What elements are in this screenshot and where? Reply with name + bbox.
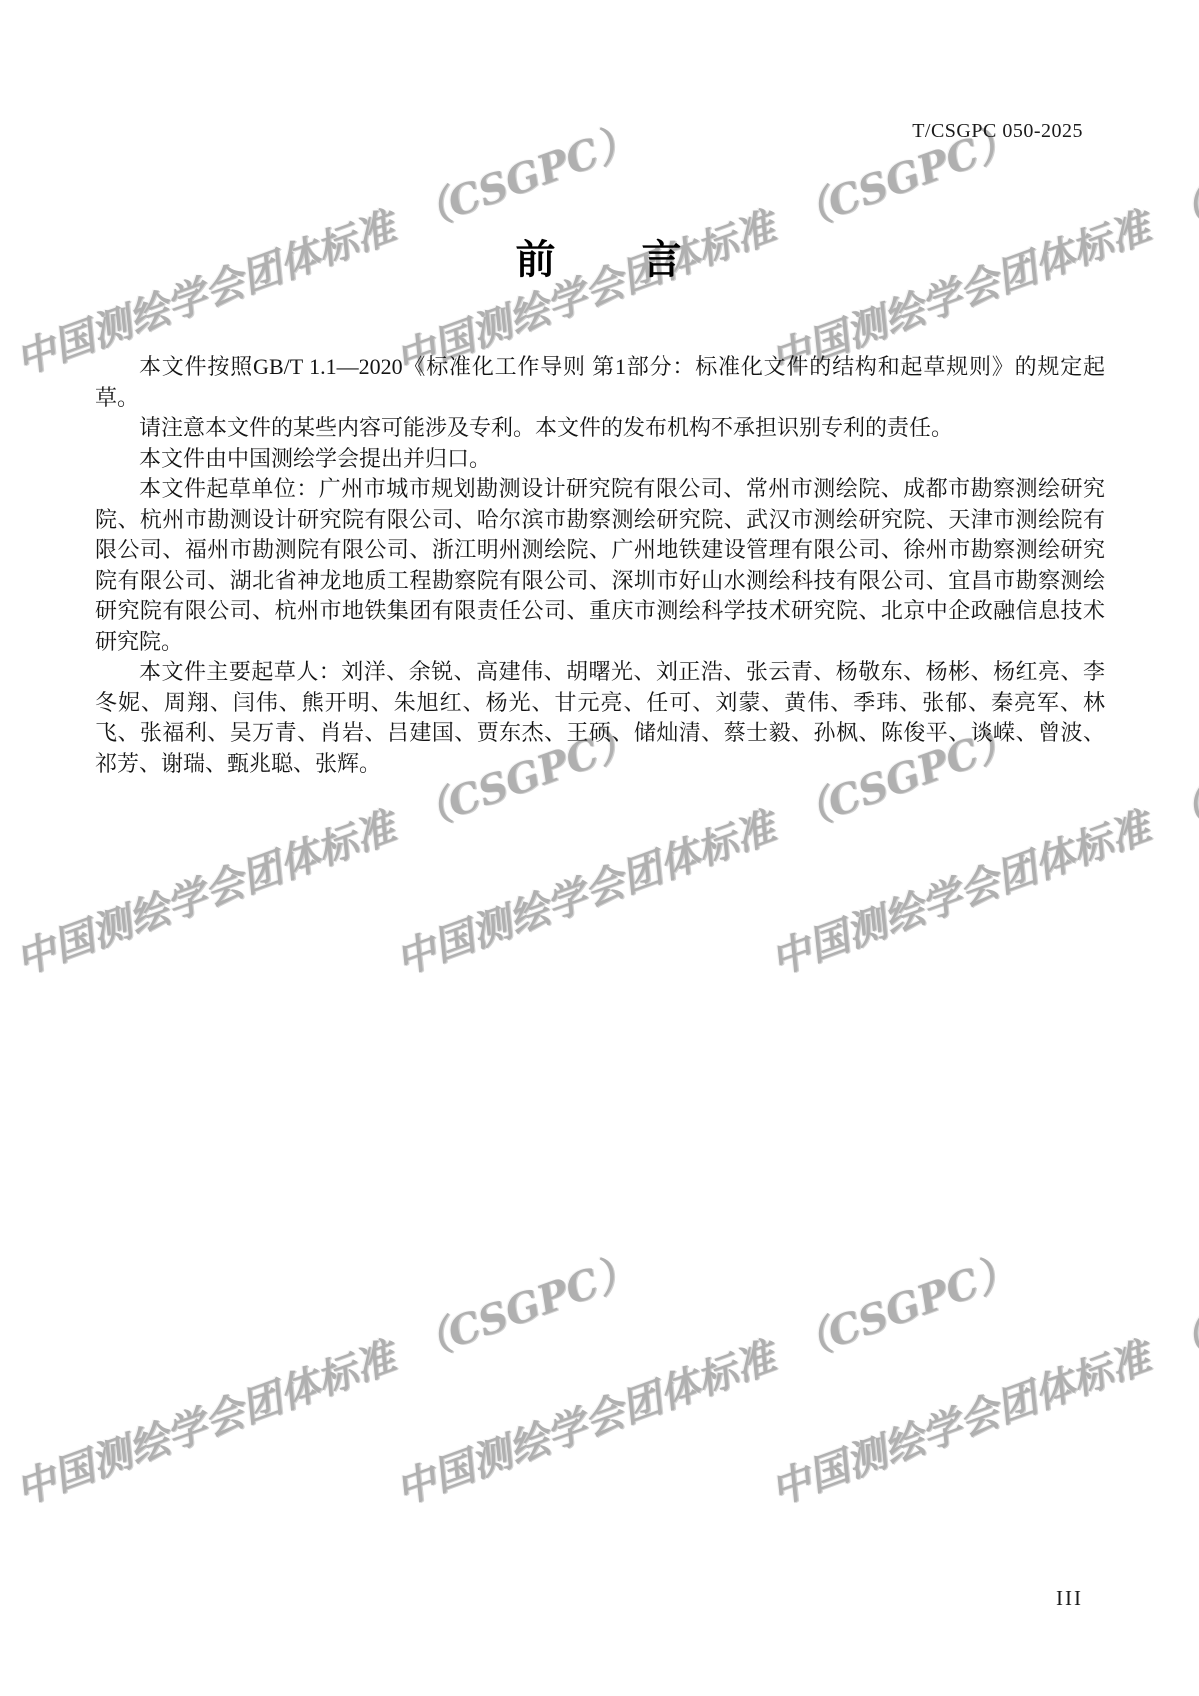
paragraph: 本文件按照GB/T 1.1—2020《标准化工作导则 第1部分：标准化文件的结构… [95,352,1105,413]
paragraph: 本文件由中国测绘学会提出并归口。 [95,444,1105,475]
paragraph: 本文件主要起草人：刘洋、余锐、高建伟、胡曙光、刘正浩、张云青、杨敬东、杨彬、杨红… [95,657,1105,779]
doc-number: T/CSGPC 050-2025 [912,120,1083,143]
page-title: 前 言 [0,228,1199,285]
watermark-text: 中国测绘学会团体标准 （CSGPC） [762,1238,1199,1516]
page-number: III [1056,1586,1083,1611]
paragraph: 请注意本文件的某些内容可能涉及专利。本文件的发布机构不承担识别专利的责任。 [95,413,1105,444]
paragraph: 本文件起草单位：广州市城市规划勘测设计研究院有限公司、常州市测绘院、成都市勘察测… [95,474,1105,657]
watermark-text: 中国测绘学会团体标准 （CSGPC） [387,1238,1024,1516]
document-page: 中国测绘学会团体标准 （CSGPC）中国测绘学会团体标准 （CSGPC）中国测绘… [0,0,1199,1696]
foreword-body: 本文件按照GB/T 1.1—2020《标准化工作导则 第1部分：标准化文件的结构… [95,352,1105,779]
watermark-text: 中国测绘学会团体标准 （CSGPC） [7,1238,644,1516]
